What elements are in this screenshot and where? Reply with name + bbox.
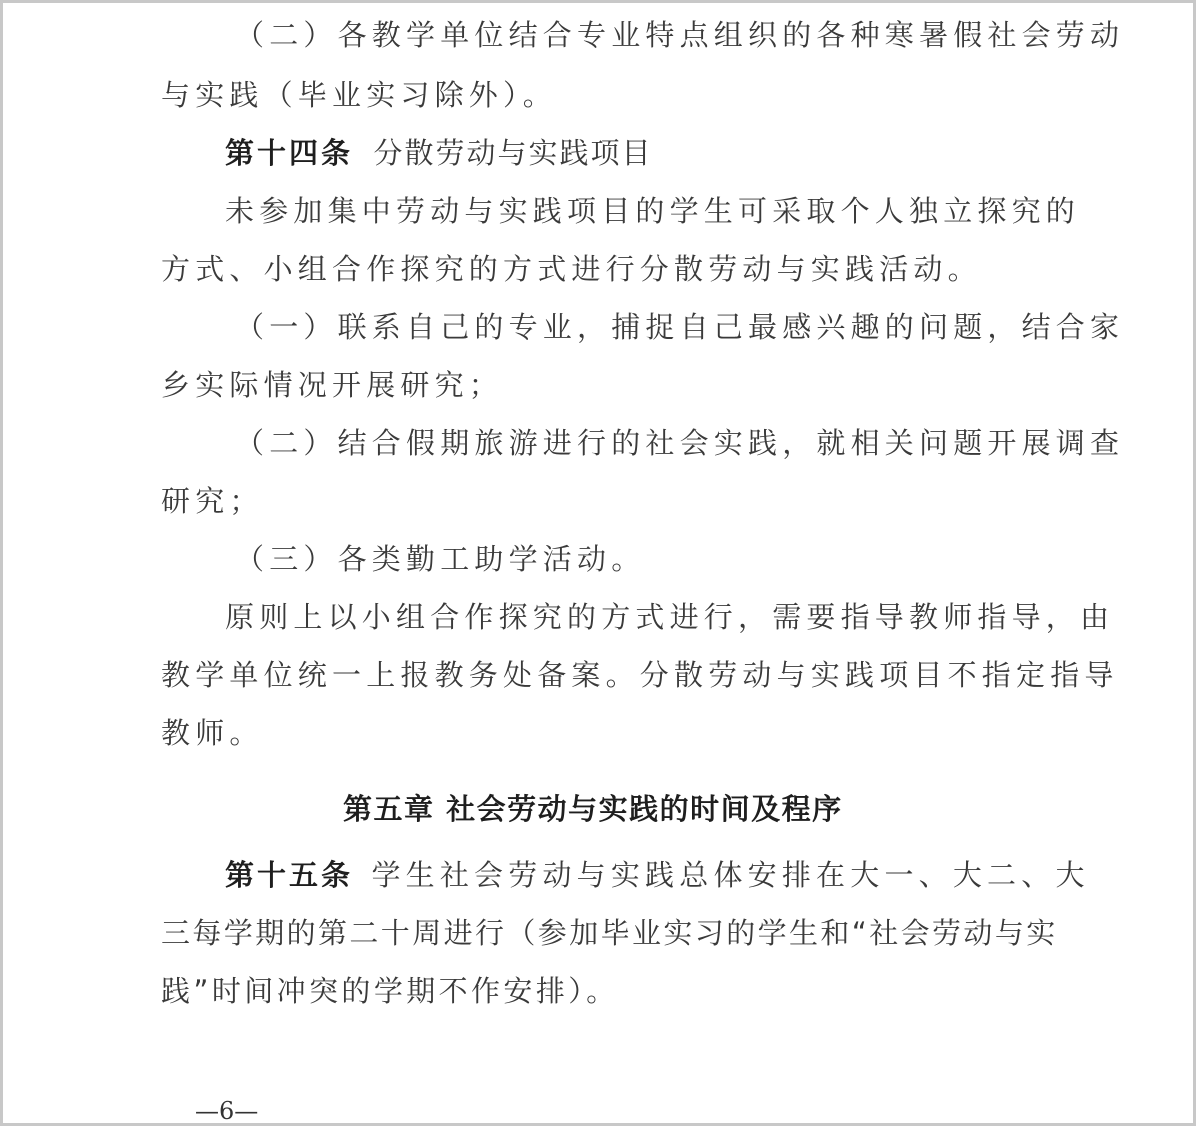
paragraph-line: 方式、小组合作探究的方式进行分散劳动与实践活动。 — [161, 251, 982, 287]
article-14-label: 第十四条 — [225, 136, 353, 170]
paragraph-line: 践”时间冲突的学期不作安排）。 — [161, 973, 619, 1009]
paragraph-line: 教师。 — [161, 715, 264, 751]
list-item-1-line: （一）联系自己的专业，捕捉自己最感兴趣的问题，结合家 — [235, 309, 1124, 345]
article-14-heading: 第十四条 分散劳动与实践项目 — [225, 135, 652, 171]
article-15-text: 学生社会劳动与实践总体安排在大一、大二、大 — [371, 858, 1089, 892]
article-15-label: 第十五条 — [225, 858, 353, 892]
article-14-title: 分散劳动与实践项目 — [373, 136, 652, 170]
list-item-2-line: 研究； — [161, 483, 264, 519]
paragraph-line: 原则上以小组合作探究的方式进行，需要指导教师指导，由 — [225, 599, 1114, 635]
list-item-1-line: 乡实际情况开展研究； — [161, 367, 503, 403]
article-15-first-line: 第十五条 学生社会劳动与实践总体安排在大一、大二、大 — [225, 857, 1090, 893]
paragraph-line: 未参加集中劳动与实践项目的学生可采取个人独立探究的 — [225, 193, 1080, 229]
list-item-3-line: （三）各类勤工助学活动。 — [235, 541, 645, 577]
paragraph-line: 三每学期的第二十周进行（参加毕业实习的学生和“社会劳动与实 — [161, 915, 1058, 951]
chapter-5-heading: 第五章 社会劳动与实践的时间及程序 — [343, 791, 843, 827]
document-page: （二）各教学单位结合专业特点组织的各种寒暑假社会劳动 与实践（毕业实习除外）。 … — [3, 3, 1193, 1123]
page-number: —6— — [195, 1097, 258, 1125]
paragraph-line: 教学单位统一上报教务处备案。分散劳动与实践项目不指定指导 — [161, 657, 1119, 693]
paragraph-line: （二）各教学单位结合专业特点组织的各种寒暑假社会劳动 — [235, 17, 1124, 53]
paragraph-line: 与实践（毕业实习除外）。 — [161, 77, 557, 113]
list-item-2-line: （二）结合假期旅游进行的社会实践，就相关问题开展调查 — [235, 425, 1124, 461]
